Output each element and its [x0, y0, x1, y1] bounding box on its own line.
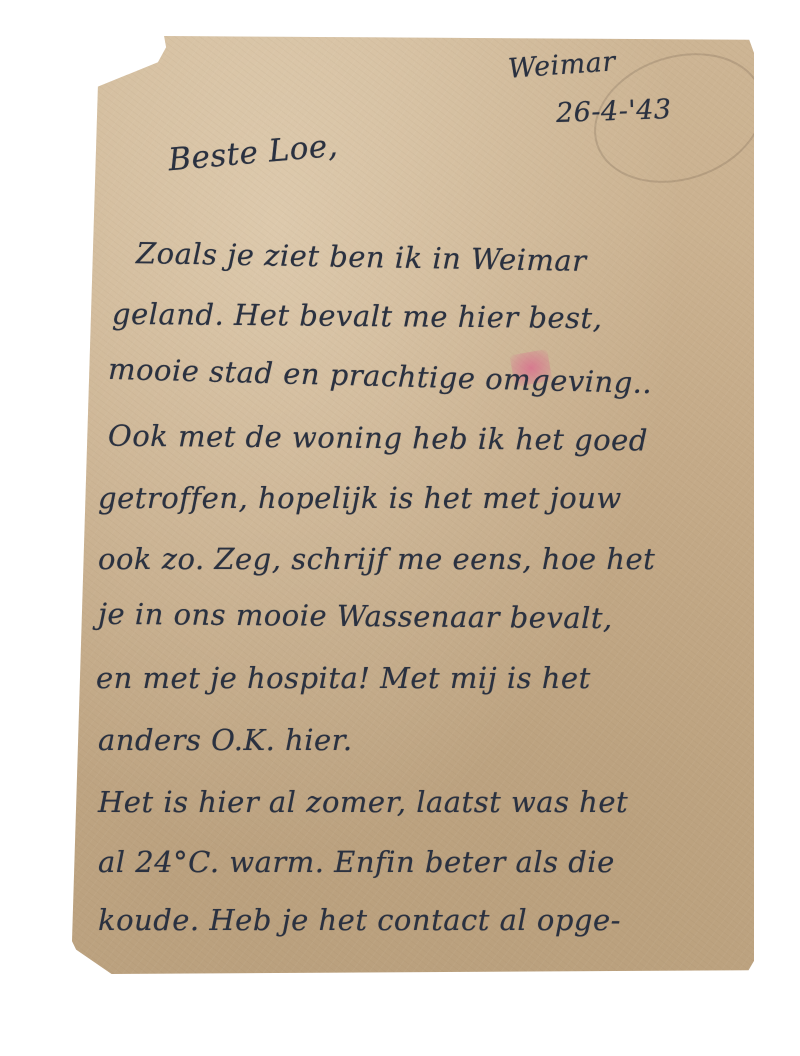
letter-line-2: geland. Het bevalt me hier best, — [112, 300, 603, 333]
letter-line-12: koude. Heb je het contact al opge- — [98, 906, 621, 935]
letter-line-5: getroffen, hopelijk is het met jouw — [98, 484, 622, 513]
letter-line-6: ook zo. Zeg, schrijf me eens, hoe het — [98, 545, 655, 574]
letter-line-4: Ook met de woning heb ik het goed — [108, 422, 648, 456]
letter-line-9: anders O.K. hier. — [98, 726, 353, 755]
letter-line-8: en met je hospita! Met mij is het — [96, 664, 591, 693]
letter-line-7: je in ons mooie Wassenaar bevalt, — [98, 600, 613, 633]
letter-line-11: al 24°C. warm. Enfin beter als die — [98, 848, 615, 877]
photo-stage: Weimar 26-4-'43 Beste Loe, Zoals je ziet… — [0, 0, 800, 1056]
letter-date: 26-4-'43 — [555, 94, 672, 129]
letter-line-10: Het is hier al zomer, laatst was het — [98, 788, 628, 817]
letter-line-1: Zoals je ziet ben ik in Weimar — [136, 239, 587, 276]
